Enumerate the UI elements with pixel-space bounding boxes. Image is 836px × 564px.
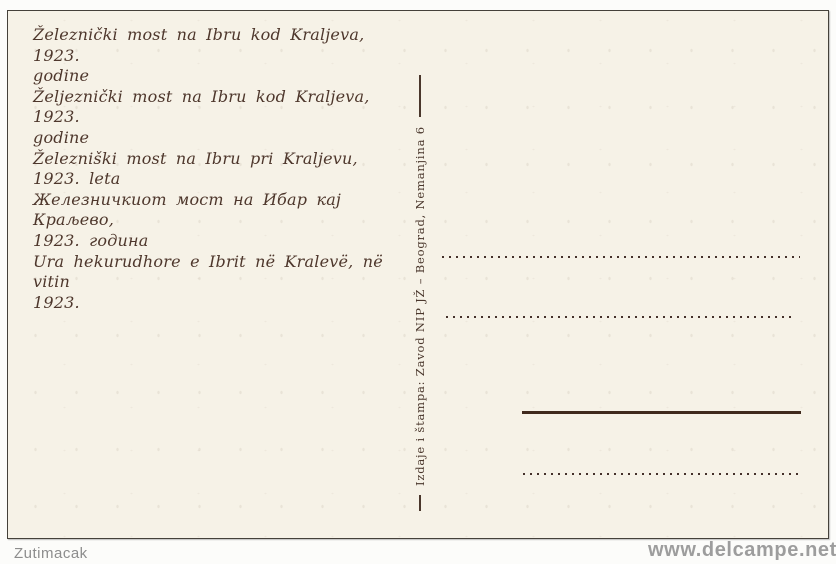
caption-line: godine <box>33 128 413 149</box>
caption-line: godine <box>33 66 413 87</box>
caption-line: Ura hekurudhore e Ibrit në Kralevë, në v… <box>33 252 413 293</box>
publisher-dash-end <box>419 75 421 117</box>
scan-page: Železnički most na Ibru kod Kraljeva, 19… <box>0 0 836 564</box>
publisher-imprint-text: Izdaje i štampa: Zavod NIP JŽ – Beograd,… <box>413 126 427 486</box>
caption-line: Železnički most na Ibru kod Kraljeva, 19… <box>33 25 413 66</box>
caption-line: Željeznički most na Ibru kod Kraljeva, 1… <box>33 87 413 128</box>
caption-line: 1923. година <box>33 231 413 252</box>
address-dotted-line-3 <box>523 473 801 475</box>
caption-line: Železniški most na Ibru pri Kraljevu, 19… <box>33 149 413 190</box>
address-dotted-line-1 <box>442 256 800 258</box>
publisher-imprint: Izdaje i štampa: Zavod NIP JŽ – Beograd,… <box>413 75 427 511</box>
postcard-scan: Železnički most na Ibru kod Kraljeva, 19… <box>7 10 829 539</box>
address-dotted-line-2 <box>446 316 792 318</box>
divider-line <box>522 411 801 414</box>
watermark-seller: Zutimacak <box>14 545 88 562</box>
caption-line: Железничкиот мост на Ибар кај Краљево, <box>33 190 413 231</box>
watermark-site: www.delcampe.net <box>648 539 836 562</box>
caption-block: Železnički most na Ibru kod Kraljeva, 19… <box>33 25 413 313</box>
publisher-dash-start <box>419 495 421 511</box>
caption-line: 1923. <box>33 293 413 314</box>
